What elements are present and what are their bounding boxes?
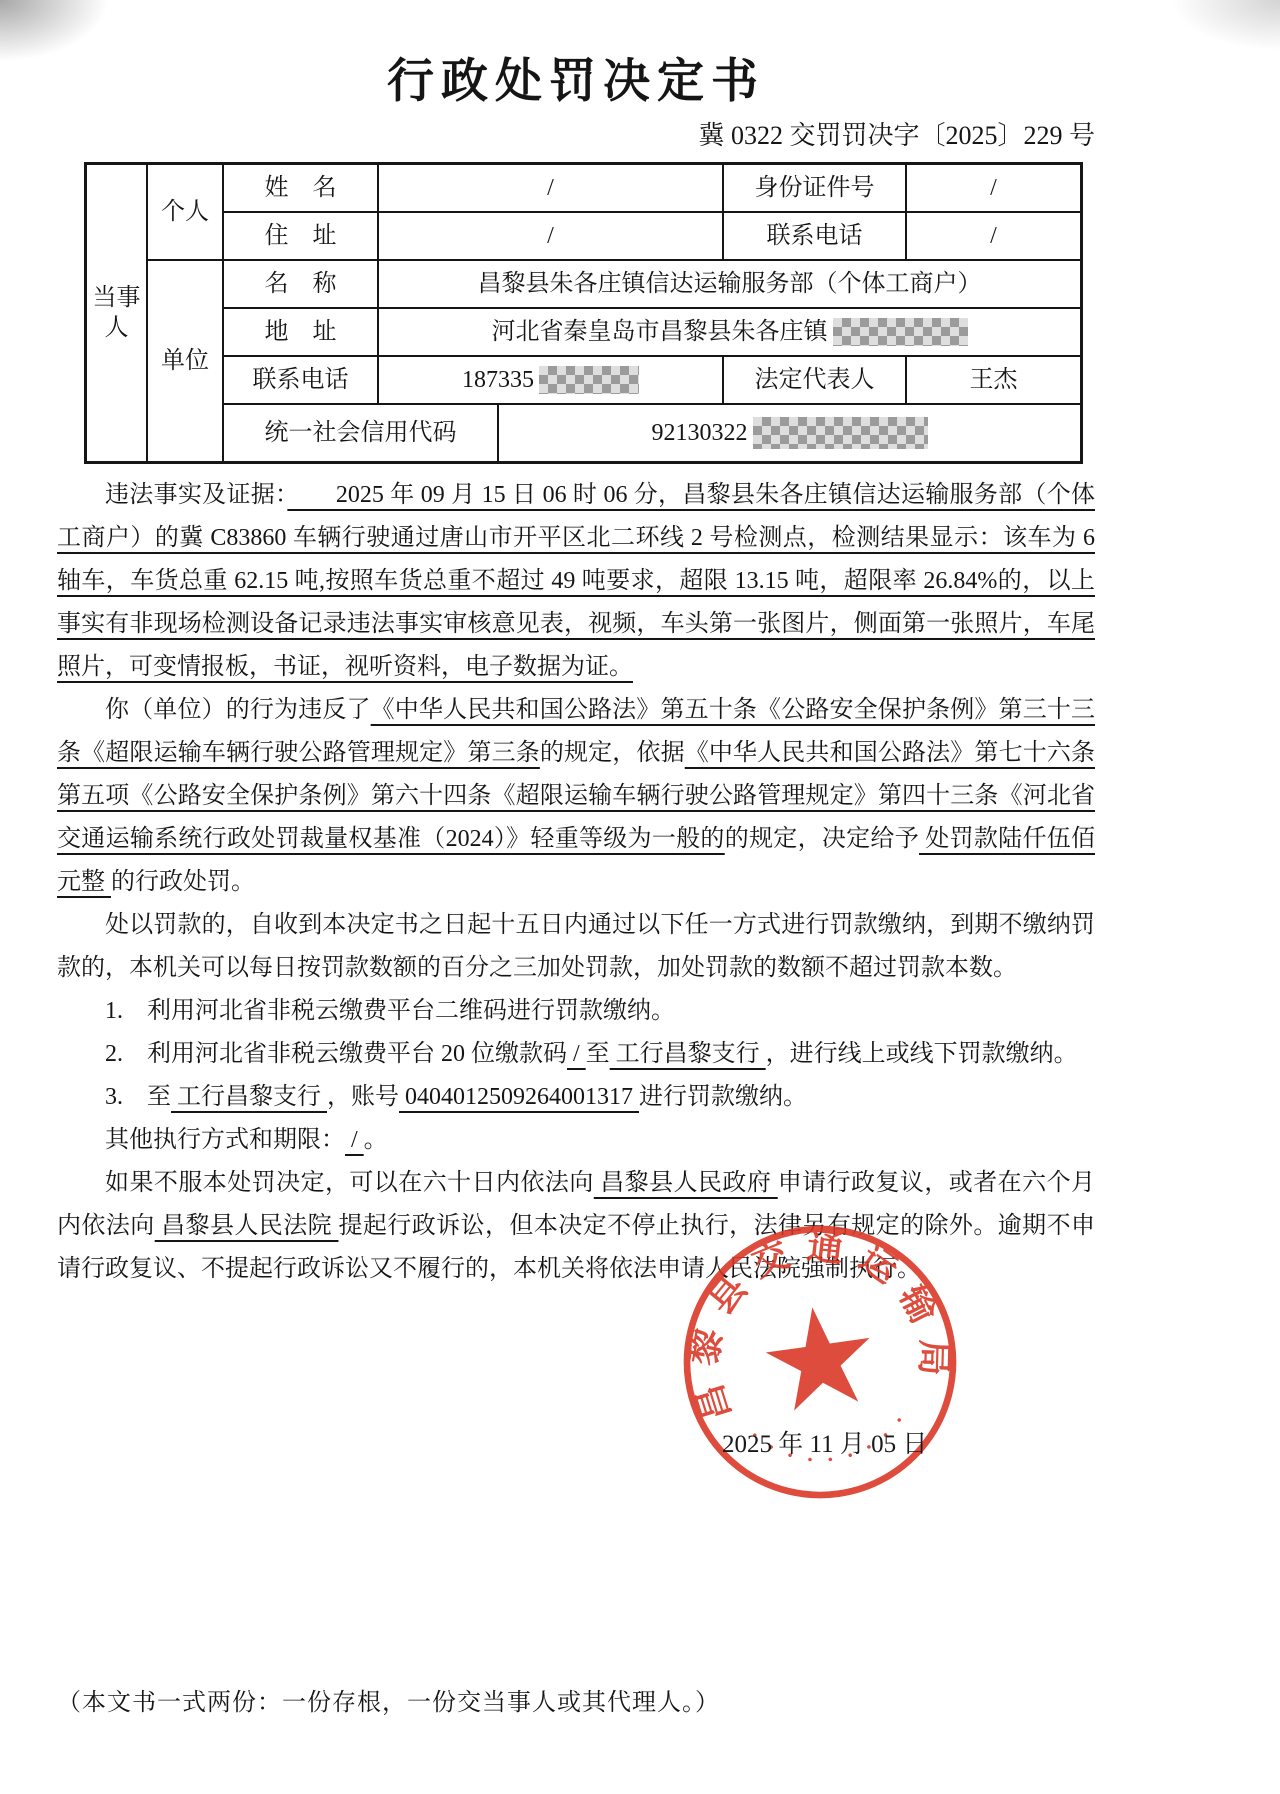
printed-text: 如果不服本处罚决定，可以在六十日内依法向 [105, 1170, 594, 1196]
paragraph-payment-method-3: 3. 至 工行昌黎支行 ，账号 0404012509264001317 进行罚款… [57, 1076, 1095, 1119]
paragraph-facts-evidence: 违法事实及证据： 2025 年 09 月 15 日 06 时 06 分，昌黎县朱… [57, 474, 1095, 689]
filled-in-text: / [567, 1041, 586, 1067]
credit-code-label: 统一社会信用代码 [224, 405, 499, 461]
printed-text: 进行罚款缴纳。 [639, 1084, 807, 1110]
filled-in-text: 工行昌黎支行 [610, 1041, 766, 1067]
document-title: 行政处罚决定书 [57, 50, 1095, 112]
document-body: 违法事实及证据： 2025 年 09 月 15 日 06 时 06 分，昌黎县朱… [57, 474, 1095, 1291]
footer-copies-note: （本文书一式两份：一份存根，一份交当事人或其代理人。） [57, 1682, 720, 1717]
paragraph-payment-terms: 处以罚款的，自收到本决定书之日起十五日内通过以下任一方式进行罚款缴纳，到期不缴纳… [57, 904, 1095, 990]
unit-name-value: 昌黎县朱各庄镇信达运输服务部（个体工商户） [379, 261, 1080, 309]
filled-in-text: 昌黎县人民政府 [594, 1170, 778, 1196]
party-info-table: 当事人 个人 单位 姓 名 / 身份证件号 / 住 址 / 联系电话 / 名 称… [84, 162, 1083, 464]
printed-text: 。 [364, 1127, 388, 1153]
personal-address-value: / [379, 213, 724, 261]
printed-text: 3. 至 [105, 1084, 171, 1110]
unit-phone-label: 联系电话 [224, 357, 379, 405]
paragraph-payment-method-2: 2. 利用河北省非税云缴费平台 20 位缴款码 / 至 工行昌黎支行 ，进行线上… [57, 1033, 1095, 1076]
printed-text: 违法事实及证据： [105, 482, 287, 508]
document-content: 行政处罚决定书 冀 0322 交罚罚决字〔2025〕229 号 当事人 个人 单… [0, 0, 1280, 1291]
printed-text: ，账号 [327, 1084, 399, 1110]
filled-in-text: 昌黎县人民法院 [155, 1213, 339, 1239]
unit-address-text: 河北省秦皇岛市昌黎县朱各庄镇 [492, 317, 828, 347]
paragraph-legal-basis: 你（单位）的行为违反了《中华人民共和国公路法》第五十条《公路安全保护条例》第三十… [57, 689, 1095, 904]
personal-phone-label: 联系电话 [724, 213, 907, 261]
printed-text: 处以罚款的，自收到本决定书之日起十五日内通过以下任一方式进行罚款缴纳，到期不缴纳… [57, 912, 1095, 981]
printed-text: 2. 利用河北省非税云缴费平台 20 位缴款码 [105, 1041, 567, 1067]
filled-in-text: / [345, 1127, 364, 1153]
credit-code-value: 92130322 [499, 405, 1080, 461]
personal-name-label: 姓 名 [224, 165, 379, 213]
printed-text: 其他执行方式和期限： [105, 1127, 345, 1153]
filled-in-text: 工行昌黎支行 [171, 1084, 327, 1110]
personal-id-value: / [907, 165, 1080, 213]
filled-in-text: 0404012509264001317 [399, 1084, 639, 1110]
unit-phone-value: 187335 [379, 357, 724, 405]
legal-rep-value: 王杰 [907, 357, 1080, 405]
party-group-label: 当事人 [87, 165, 148, 461]
printed-text: 的规定，决定给予 [725, 826, 919, 852]
printed-text: 至 [586, 1041, 610, 1067]
unit-name-label: 名 称 [224, 261, 379, 309]
printed-text: 的行政处罚。 [111, 869, 255, 895]
unit-address-label: 地 址 [224, 309, 379, 357]
redacted-credit-code-block [753, 417, 928, 449]
unit-address-value: 河北省秦皇岛市昌黎县朱各庄镇 [379, 309, 1080, 357]
personal-phone-value: / [907, 213, 1080, 261]
official-seal: 昌黎县交通运输局 • • • • • • • • • • • • • [648, 1190, 991, 1533]
legal-rep-label: 法定代表人 [724, 357, 907, 405]
unit-phone-text: 187335 [462, 365, 534, 395]
decision-date: 2025 年 11 月 05 日 [722, 1424, 927, 1460]
printed-text: 1. 利用河北省非税云缴费平台二维码进行罚款缴纳。 [105, 998, 675, 1024]
document-number: 冀 0322 交罚罚决字〔2025〕229 号 [57, 116, 1095, 156]
personal-name-value: / [379, 165, 724, 213]
personal-group-label: 个人 [148, 165, 224, 261]
filled-in-text: 2025 年 09 月 15 日 06 时 06 分，昌黎县朱各庄镇信达运输服务… [57, 482, 1095, 680]
printed-text: ，进行线上或线下罚款缴纳。 [766, 1041, 1078, 1067]
seal-star-icon [760, 1300, 878, 1413]
paragraph-other-execution: 其他执行方式和期限： / 。 [57, 1119, 1095, 1162]
redacted-phone-block [539, 366, 639, 394]
printed-text: 的规定，依据 [540, 740, 685, 766]
redacted-address-block [833, 318, 968, 346]
printed-text: 你（单位）的行为违反了 [105, 697, 371, 723]
personal-id-label: 身份证件号 [724, 165, 907, 213]
penalty-decision-document: 行政处罚决定书 冀 0322 交罚罚决字〔2025〕229 号 当事人 个人 单… [0, 0, 1280, 1794]
personal-address-label: 住 址 [224, 213, 379, 261]
credit-code-text: 92130322 [652, 418, 748, 448]
unit-group-label: 单位 [148, 261, 224, 461]
paragraph-payment-method-1: 1. 利用河北省非税云缴费平台二维码进行罚款缴纳。 [57, 990, 1095, 1033]
